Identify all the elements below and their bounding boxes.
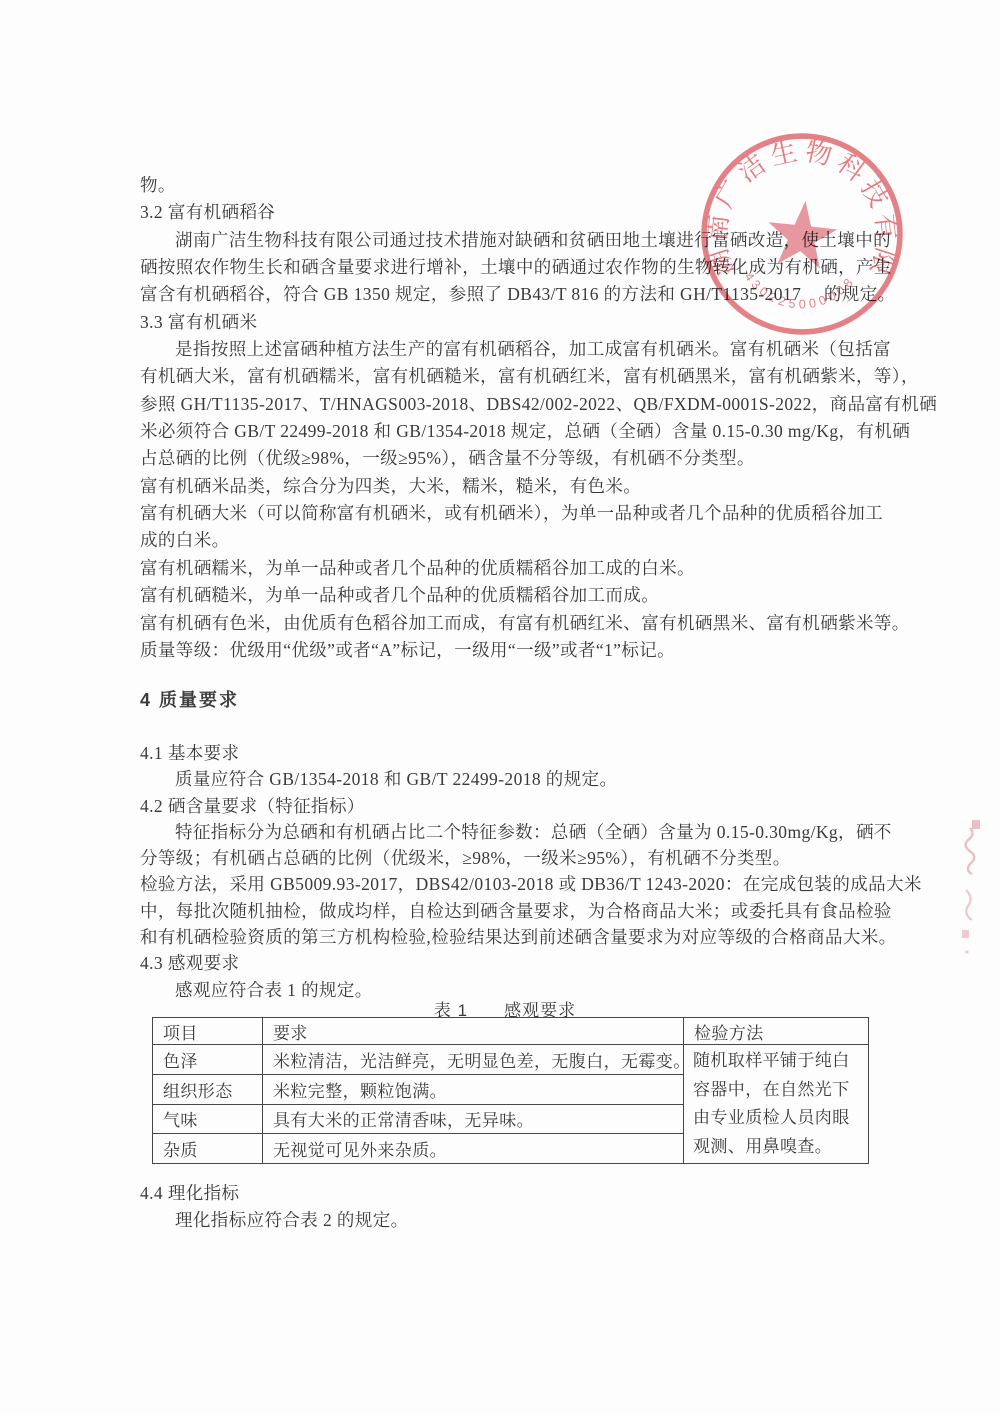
paragraph-line: 成的白米。	[140, 527, 890, 554]
row-item: 气味	[153, 1104, 263, 1134]
paragraph-line: 特征指标分为总硒和有机硒占比二个特征参数：总硒（全硒）含量为 0.15-0.30…	[140, 819, 890, 845]
section-4-1-heading: 4.1 基本要求	[140, 740, 890, 766]
paragraph-line: 有机硒大米，富有机硒糯米，富有机硒糙米，富有机硒红米，富有机硒黑米，富有机硒紫米…	[140, 363, 890, 390]
row-requirement: 米粒完整，颗粒饱满。	[263, 1074, 684, 1104]
paragraph-line: 富有机硒大米（可以简称富有机硒米，或有机硒米），为单一品种或者几个品种的优质稻谷…	[140, 500, 890, 527]
section-3-2-heading: 3.2 富有机硒稻谷	[140, 199, 890, 226]
paragraph-line: 富有机硒有色米，由优质有色稻谷加工而成，有富有机硒红米、富有机硒黑米、富有机硒紫…	[140, 610, 890, 637]
document-page: 物。 3.2 富有机硒稻谷 湖南广洁生物科技有限公司通过技术措施对缺硒和贫硒田地…	[0, 0, 1000, 1414]
paragraph-line: 分等级；有机硒占总硒的比例（优级米，≥98%，一级米≥95%），有机硒不分类型。	[140, 845, 890, 871]
paragraph-line: 参照 GH/T1135-2017、T/HNAGS003-2018、DBS42/0…	[140, 391, 890, 418]
col-header-requirement: 要求	[263, 1018, 684, 1045]
section-4-4-text: 4.4 理化指标 理化指标应符合表 2 的规定。	[140, 1180, 890, 1235]
row-requirement: 米粒清洁，光洁鲜亮，无明显色差，无腹白，无霉变。	[263, 1045, 684, 1075]
row-item: 杂质	[153, 1134, 263, 1164]
red-margin-artifact	[952, 820, 986, 970]
paragraph-line: 富有机硒米品类，综合分为四类，大米，糯米，糙米，有色米。	[140, 473, 890, 500]
section-3-text: 物。 3.2 富有机硒稻谷 湖南广洁生物科技有限公司通过技术措施对缺硒和贫硒田地…	[140, 172, 890, 664]
col-header-method: 检验方法	[684, 1018, 869, 1045]
paragraph-line: 是指按照上述富硒种植方法生产的富有机硒稻谷，加工成富有机硒米。富有机硒米（包括富	[140, 336, 890, 363]
paragraph-line: 占总硒的比例（优级≥98%，一级≥95%），硒含量不分等级，有机硒不分类型。	[140, 445, 890, 472]
row-item: 组织形态	[153, 1074, 263, 1104]
section-3-3-heading: 3.3 富有机硒米	[140, 309, 890, 336]
table-row: 色泽 米粒清洁，光洁鲜亮，无明显色差，无腹白，无霉变。 随机取样平铺于纯白容器中…	[153, 1045, 869, 1075]
paragraph-line: 和有机硒检验资质的第三方机构检验,检验结果达到前述硒含量要求为对应等级的合格商品…	[140, 924, 890, 950]
paragraph-line: 硒按照农作物生长和硒含量要求进行增补，土壤中的硒通过农作物的生物转化成为有机硒，…	[140, 254, 890, 281]
paragraph-line: 富有机硒糙米，为单一品种或者几个品种的优质糯稻谷加工而成。	[140, 582, 890, 609]
paragraph-line: 物。	[140, 172, 890, 199]
paragraph-line: 理化指标应符合表 2 的规定。	[140, 1207, 890, 1234]
section-4-4-heading: 4.4 理化指标	[140, 1180, 890, 1207]
paragraph-line: 湖南广洁生物科技有限公司通过技术措施对缺硒和贫硒田地土壤进行富硒改造，使土壤中的	[140, 227, 890, 254]
row-item: 色泽	[153, 1045, 263, 1075]
section-4-3-heading: 4.3 感观要求	[140, 950, 890, 976]
paragraph-line: 中，每批次随机抽检，做成均样，自检达到硒含量要求，为合格商品大米；或委托具有食品…	[140, 898, 890, 924]
sensory-requirements-table: 项目 要求 检验方法 色泽 米粒清洁，光洁鲜亮，无明显色差，无腹白，无霉变。 随…	[152, 1017, 869, 1164]
paragraph-line: 质量应符合 GB/1354-2018 和 GB/T 22499-2018 的规定…	[140, 766, 890, 792]
row-requirement: 无视觉可见外来杂质。	[263, 1134, 684, 1164]
section-4-2-heading: 4.2 硒含量要求（特征指标）	[140, 793, 890, 819]
inspection-method-cell: 随机取样平铺于纯白容器中，在自然光下由专业质检人员肉眼观测、用鼻嗅查。	[684, 1045, 869, 1164]
paragraph-line: 富有机硒糯米，为单一品种或者几个品种的优质糯稻谷加工成的白米。	[140, 555, 890, 582]
col-header-item: 项目	[153, 1018, 263, 1045]
section-4-text: 4.1 基本要求 质量应符合 GB/1354-2018 和 GB/T 22499…	[140, 740, 890, 1003]
paragraph-line: 富含有机硒稻谷，符合 GB 1350 规定，参照了 DB43/T 816 的方法…	[140, 281, 890, 308]
paragraph-line: 检验方法，采用 GB5009.93-2017，DBS42/0103-2018 或…	[140, 871, 890, 897]
table-header-row: 项目 要求 检验方法	[153, 1018, 869, 1045]
paragraph-line: 质量等级：优级用“优级”或者“A”标记，一级用“一级”或者“1”标记。	[140, 637, 890, 664]
row-requirement: 具有大米的正常清香味，无异味。	[263, 1104, 684, 1134]
section-4-heading: 4 质量要求	[140, 686, 239, 712]
paragraph-line: 米必须符合 GB/T 22499-2018 和 GB/1354-2018 规定，…	[140, 418, 890, 445]
